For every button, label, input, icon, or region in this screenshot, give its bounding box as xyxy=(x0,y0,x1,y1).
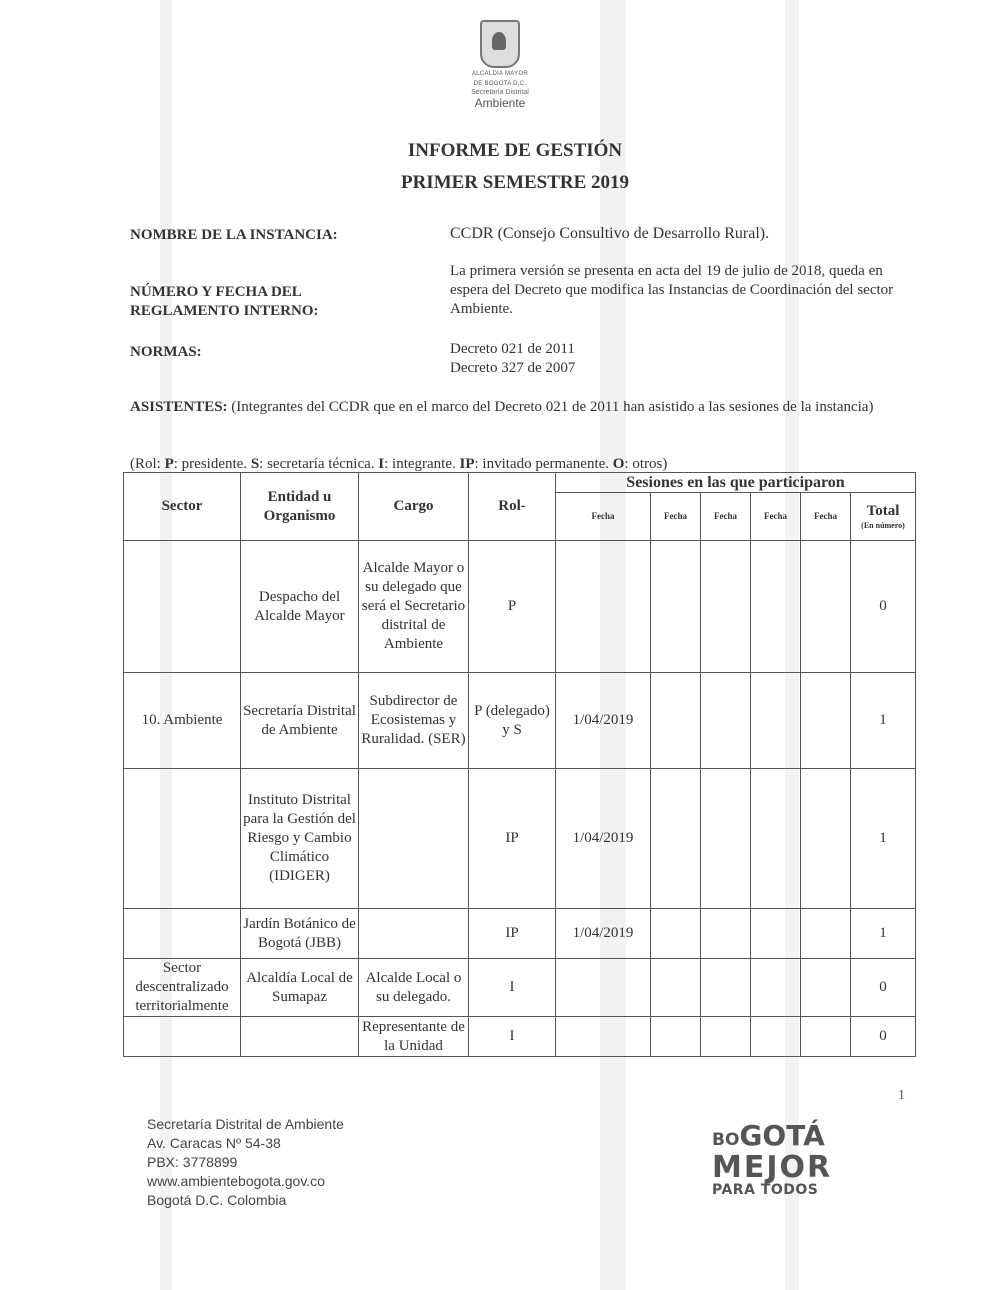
fecha-cell: 1/04/2019 xyxy=(556,769,651,909)
reglamento-label-1: NÚMERO Y FECHA DEL xyxy=(130,283,302,302)
legend-text: : otros) xyxy=(624,456,667,472)
header-sector: Sector xyxy=(124,473,241,541)
fecha-cell xyxy=(651,769,701,909)
asistentes-label: ASISTENTES: xyxy=(130,399,228,415)
sector-cell xyxy=(124,909,241,959)
normas-value-2: Decreto 327 de 2007 xyxy=(450,359,920,378)
reglamento-label-2: REGLAMENTO INTERNO: xyxy=(130,302,319,321)
table-row: Instituto Distrital para la Gestión del … xyxy=(124,769,916,909)
footer-website-link[interactable]: www.ambientebogota.gov.co xyxy=(147,1172,344,1191)
fecha-cell: 1/04/2019 xyxy=(556,673,651,769)
table-row: 10. AmbienteSecretaría Distrital de Ambi… xyxy=(124,673,916,769)
header-cargo: Cargo xyxy=(359,473,469,541)
cargo-cell: Representante de la Unidad xyxy=(359,1017,469,1057)
fecha-cell xyxy=(701,1017,751,1057)
table-row: Despacho del Alcalde MayorAlcalde Mayor … xyxy=(124,541,916,673)
legend-key: IP xyxy=(460,456,475,472)
fecha-cell xyxy=(801,673,851,769)
header-rol: Rol- xyxy=(469,473,556,541)
cargo-cell: Subdirector de Ecosistemas y Ruralidad. … xyxy=(359,673,469,769)
fecha-cell xyxy=(801,909,851,959)
entidad-cell xyxy=(241,1017,359,1057)
legend-key: S xyxy=(251,456,259,472)
logo-text-2: DE BOGOTA D.C. xyxy=(420,81,580,88)
header-sesiones: Sesiones en las que participaron xyxy=(556,473,916,493)
fecha-cell xyxy=(651,909,701,959)
total-sublabel: (En número) xyxy=(853,521,913,531)
header-total: Total(En número) xyxy=(851,493,916,541)
fecha-cell xyxy=(701,541,751,673)
cargo-cell xyxy=(359,909,469,959)
brand-text: BO xyxy=(712,1130,739,1150)
entidad-cell: Despacho del Alcalde Mayor xyxy=(241,541,359,673)
sector-cell xyxy=(124,1017,241,1057)
fecha-cell xyxy=(751,769,801,909)
fecha-cell xyxy=(801,959,851,1017)
fecha-cell xyxy=(701,769,751,909)
rol-cell: I xyxy=(469,959,556,1017)
fecha-cell xyxy=(751,1017,801,1057)
page-number: 1 xyxy=(898,1088,905,1104)
total-cell: 0 xyxy=(851,541,916,673)
fecha-cell xyxy=(651,959,701,1017)
fecha-cell xyxy=(701,673,751,769)
legend-text: (Rol: xyxy=(130,456,165,472)
fecha-cell xyxy=(751,541,801,673)
coat-of-arms-icon xyxy=(480,20,520,68)
alcaldia-logo: ALCALDIA MAYOR DE BOGOTA D.C. Secretaría… xyxy=(420,20,580,110)
fecha-cell xyxy=(556,1017,651,1057)
fecha-cell xyxy=(751,673,801,769)
asistentes-paragraph: ASISTENTES: (Integrantes del CCDR que en… xyxy=(130,398,918,417)
brand-text: MEJOR xyxy=(712,1154,832,1182)
fecha-cell: 1/04/2019 xyxy=(556,909,651,959)
header-fecha-5: Fecha xyxy=(801,493,851,541)
fecha-cell xyxy=(651,673,701,769)
legend-text: : presidente. xyxy=(174,456,251,472)
rol-cell: P (delegado) y S xyxy=(469,673,556,769)
table-row: Sector descentralizado territorialmenteA… xyxy=(124,959,916,1017)
fecha-cell xyxy=(801,769,851,909)
fecha-cell xyxy=(751,909,801,959)
document-subtitle: PRIMER SEMESTRE 2019 xyxy=(0,172,1000,194)
legend-text: : secretaría técnica. xyxy=(259,456,378,472)
fecha-cell xyxy=(651,1017,701,1057)
normas-value-1: Decreto 021 de 2011 xyxy=(450,340,920,359)
footer-line: Secretaría Distrital de Ambiente xyxy=(147,1115,344,1134)
fecha-cell xyxy=(751,959,801,1017)
logo-text-1: ALCALDIA MAYOR xyxy=(420,71,580,78)
header-fecha-1: Fecha xyxy=(556,493,651,541)
total-label: Total xyxy=(867,503,900,519)
cargo-cell xyxy=(359,769,469,909)
total-cell: 0 xyxy=(851,1017,916,1057)
instancia-label: NOMBRE DE LA INSTANCIA: xyxy=(130,226,338,245)
bogota-mejor-logo: BOGOTÁ MEJOR PARA TODOS xyxy=(712,1122,832,1198)
logo-text-3: Secretaría Distrital xyxy=(420,89,580,96)
sector-cell: 10. Ambiente xyxy=(124,673,241,769)
cargo-cell: Alcalde Mayor o su delegado que será el … xyxy=(359,541,469,673)
document-title: INFORME DE GESTIÓN xyxy=(0,140,1000,162)
rol-cell: IP xyxy=(469,769,556,909)
sector-cell: Sector descentralizado territorialmente xyxy=(124,959,241,1017)
asistentes-table: Sector Entidad u Organismo Cargo Rol- Se… xyxy=(123,472,916,1057)
sector-cell xyxy=(124,769,241,909)
entidad-cell: Alcaldía Local de Sumapaz xyxy=(241,959,359,1017)
brand-text: PARA TODOS xyxy=(712,1182,832,1198)
rol-cell: I xyxy=(469,1017,556,1057)
cargo-cell: Alcalde Local o su delegado. xyxy=(359,959,469,1017)
legend-text: : invitado permanente. xyxy=(475,456,613,472)
table-row: Representante de la UnidadI0 xyxy=(124,1017,916,1057)
footer-line: PBX: 3778899 xyxy=(147,1153,344,1172)
header-fecha-2: Fecha xyxy=(651,493,701,541)
fecha-cell xyxy=(801,1017,851,1057)
table-row: Jardín Botánico de Bogotá (JBB)IP1/04/20… xyxy=(124,909,916,959)
fecha-cell xyxy=(801,541,851,673)
reglamento-value: La primera versión se presenta en acta d… xyxy=(450,262,920,319)
legend-key: O xyxy=(613,456,625,472)
fecha-cell xyxy=(651,541,701,673)
fecha-cell xyxy=(556,959,651,1017)
total-cell: 1 xyxy=(851,769,916,909)
fecha-cell xyxy=(556,541,651,673)
fecha-cell xyxy=(701,909,751,959)
asistentes-text: (Integrantes del CCDR que en el marco de… xyxy=(228,399,874,415)
header-fecha-3: Fecha xyxy=(701,493,751,541)
header-fecha-4: Fecha xyxy=(751,493,801,541)
fecha-cell xyxy=(701,959,751,1017)
logo-text-4: Ambiente xyxy=(420,96,580,110)
rol-cell: IP xyxy=(469,909,556,959)
entidad-cell: Instituto Distrital para la Gestión del … xyxy=(241,769,359,909)
header-entidad: Entidad u Organismo xyxy=(241,473,359,541)
entidad-cell: Jardín Botánico de Bogotá (JBB) xyxy=(241,909,359,959)
sector-cell xyxy=(124,541,241,673)
legend-text: : integrante. xyxy=(384,456,459,472)
legend-key: P xyxy=(165,456,174,472)
total-cell: 1 xyxy=(851,909,916,959)
footer-address: Secretaría Distrital de Ambiente Av. Car… xyxy=(147,1115,344,1210)
footer-line: Bogotá D.C. Colombia xyxy=(147,1191,344,1210)
normas-label: NORMAS: xyxy=(130,343,202,362)
footer-line: Av. Caracas Nº 54-38 xyxy=(147,1134,344,1153)
entidad-cell: Secretaría Distrital de Ambiente xyxy=(241,673,359,769)
total-cell: 1 xyxy=(851,673,916,769)
instancia-value: CCDR (Consejo Consultivo de Desarrollo R… xyxy=(450,224,920,243)
total-cell: 0 xyxy=(851,959,916,1017)
rol-cell: P xyxy=(469,541,556,673)
brand-text: GOTÁ xyxy=(739,1119,824,1152)
